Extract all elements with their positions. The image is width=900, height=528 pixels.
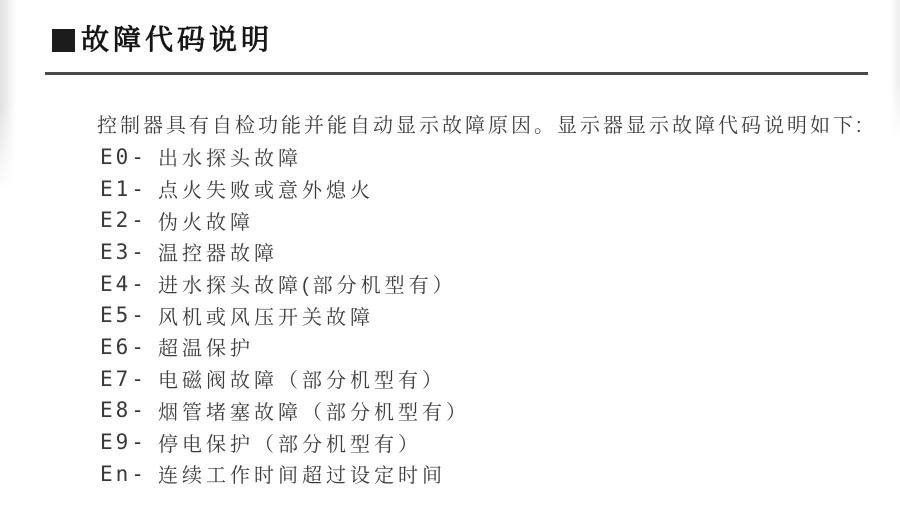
fault-code: E7- (100, 367, 158, 391)
fault-code-row: E2- 伪火故障 (100, 204, 470, 236)
intro-text: 控制器具有自检功能并能自动显示故障原因。显示器显示故障代码说明如下: (97, 113, 865, 139)
fault-description: 伪火故障 (158, 206, 254, 235)
black-square-icon (52, 29, 75, 52)
fault-code: E1- (100, 177, 158, 201)
fault-code-row: E6- 超温保护 (100, 331, 470, 363)
fault-code: E5- (100, 303, 158, 327)
fault-description: 连续工作时间超过设定时间 (158, 459, 446, 488)
fault-code-row: E0- 出水探头故障 (100, 141, 470, 173)
page-title: 故障代码说明 (81, 26, 273, 54)
fault-code: En- (100, 462, 158, 486)
scan-shadow-left (0, 0, 16, 190)
fault-description: 超温保护 (158, 332, 254, 361)
fault-code-row: E4- 进水探头故障(部分机型有） (100, 268, 470, 300)
fault-description: 点火失败或意外熄火 (158, 174, 374, 203)
fault-description: 进水探头故障(部分机型有） (158, 269, 457, 298)
fault-code-row: En- 连续工作时间超过设定时间 (100, 458, 470, 490)
fault-description: 风机或风压开关故障 (158, 301, 374, 330)
fault-code: E8- (100, 398, 158, 422)
fault-description: 温控器故障 (158, 237, 278, 266)
fault-code: E0- (100, 145, 158, 169)
fault-description: 出水探头故障 (158, 142, 302, 171)
fault-code: E4- (100, 272, 158, 296)
title-divider (45, 72, 868, 75)
fault-code: E2- (100, 208, 158, 232)
fault-description: 停电保护（部分机型有） (158, 428, 422, 457)
scan-shadow-right (890, 0, 900, 140)
manual-page: 故障代码说明 控制器具有自检功能并能自动显示故障原因。显示器显示故障代码说明如下… (0, 0, 900, 528)
fault-code-row: E7- 电磁阀故障（部分机型有） (100, 363, 470, 395)
fault-code-row: E8- 烟管堵塞故障（部分机型有） (100, 395, 470, 427)
fault-code-row: E3- 温控器故障 (100, 236, 470, 268)
fault-code: E3- (100, 240, 158, 264)
fault-code-row: E1- 点火失败或意外熄火 (100, 173, 470, 205)
section-title-row: 故障代码说明 (52, 26, 273, 54)
fault-code: E9- (100, 430, 158, 454)
fault-code-row: E5- 风机或风压开关故障 (100, 299, 470, 331)
fault-description: 电磁阀故障（部分机型有） (158, 364, 446, 393)
fault-code-row: E9- 停电保护（部分机型有） (100, 426, 470, 458)
fault-code-list: E0- 出水探头故障 E1- 点火失败或意外熄火 E2- 伪火故障 E3- 温控… (100, 141, 470, 490)
fault-description: 烟管堵塞故障（部分机型有） (158, 396, 470, 425)
fault-code: E6- (100, 335, 158, 359)
